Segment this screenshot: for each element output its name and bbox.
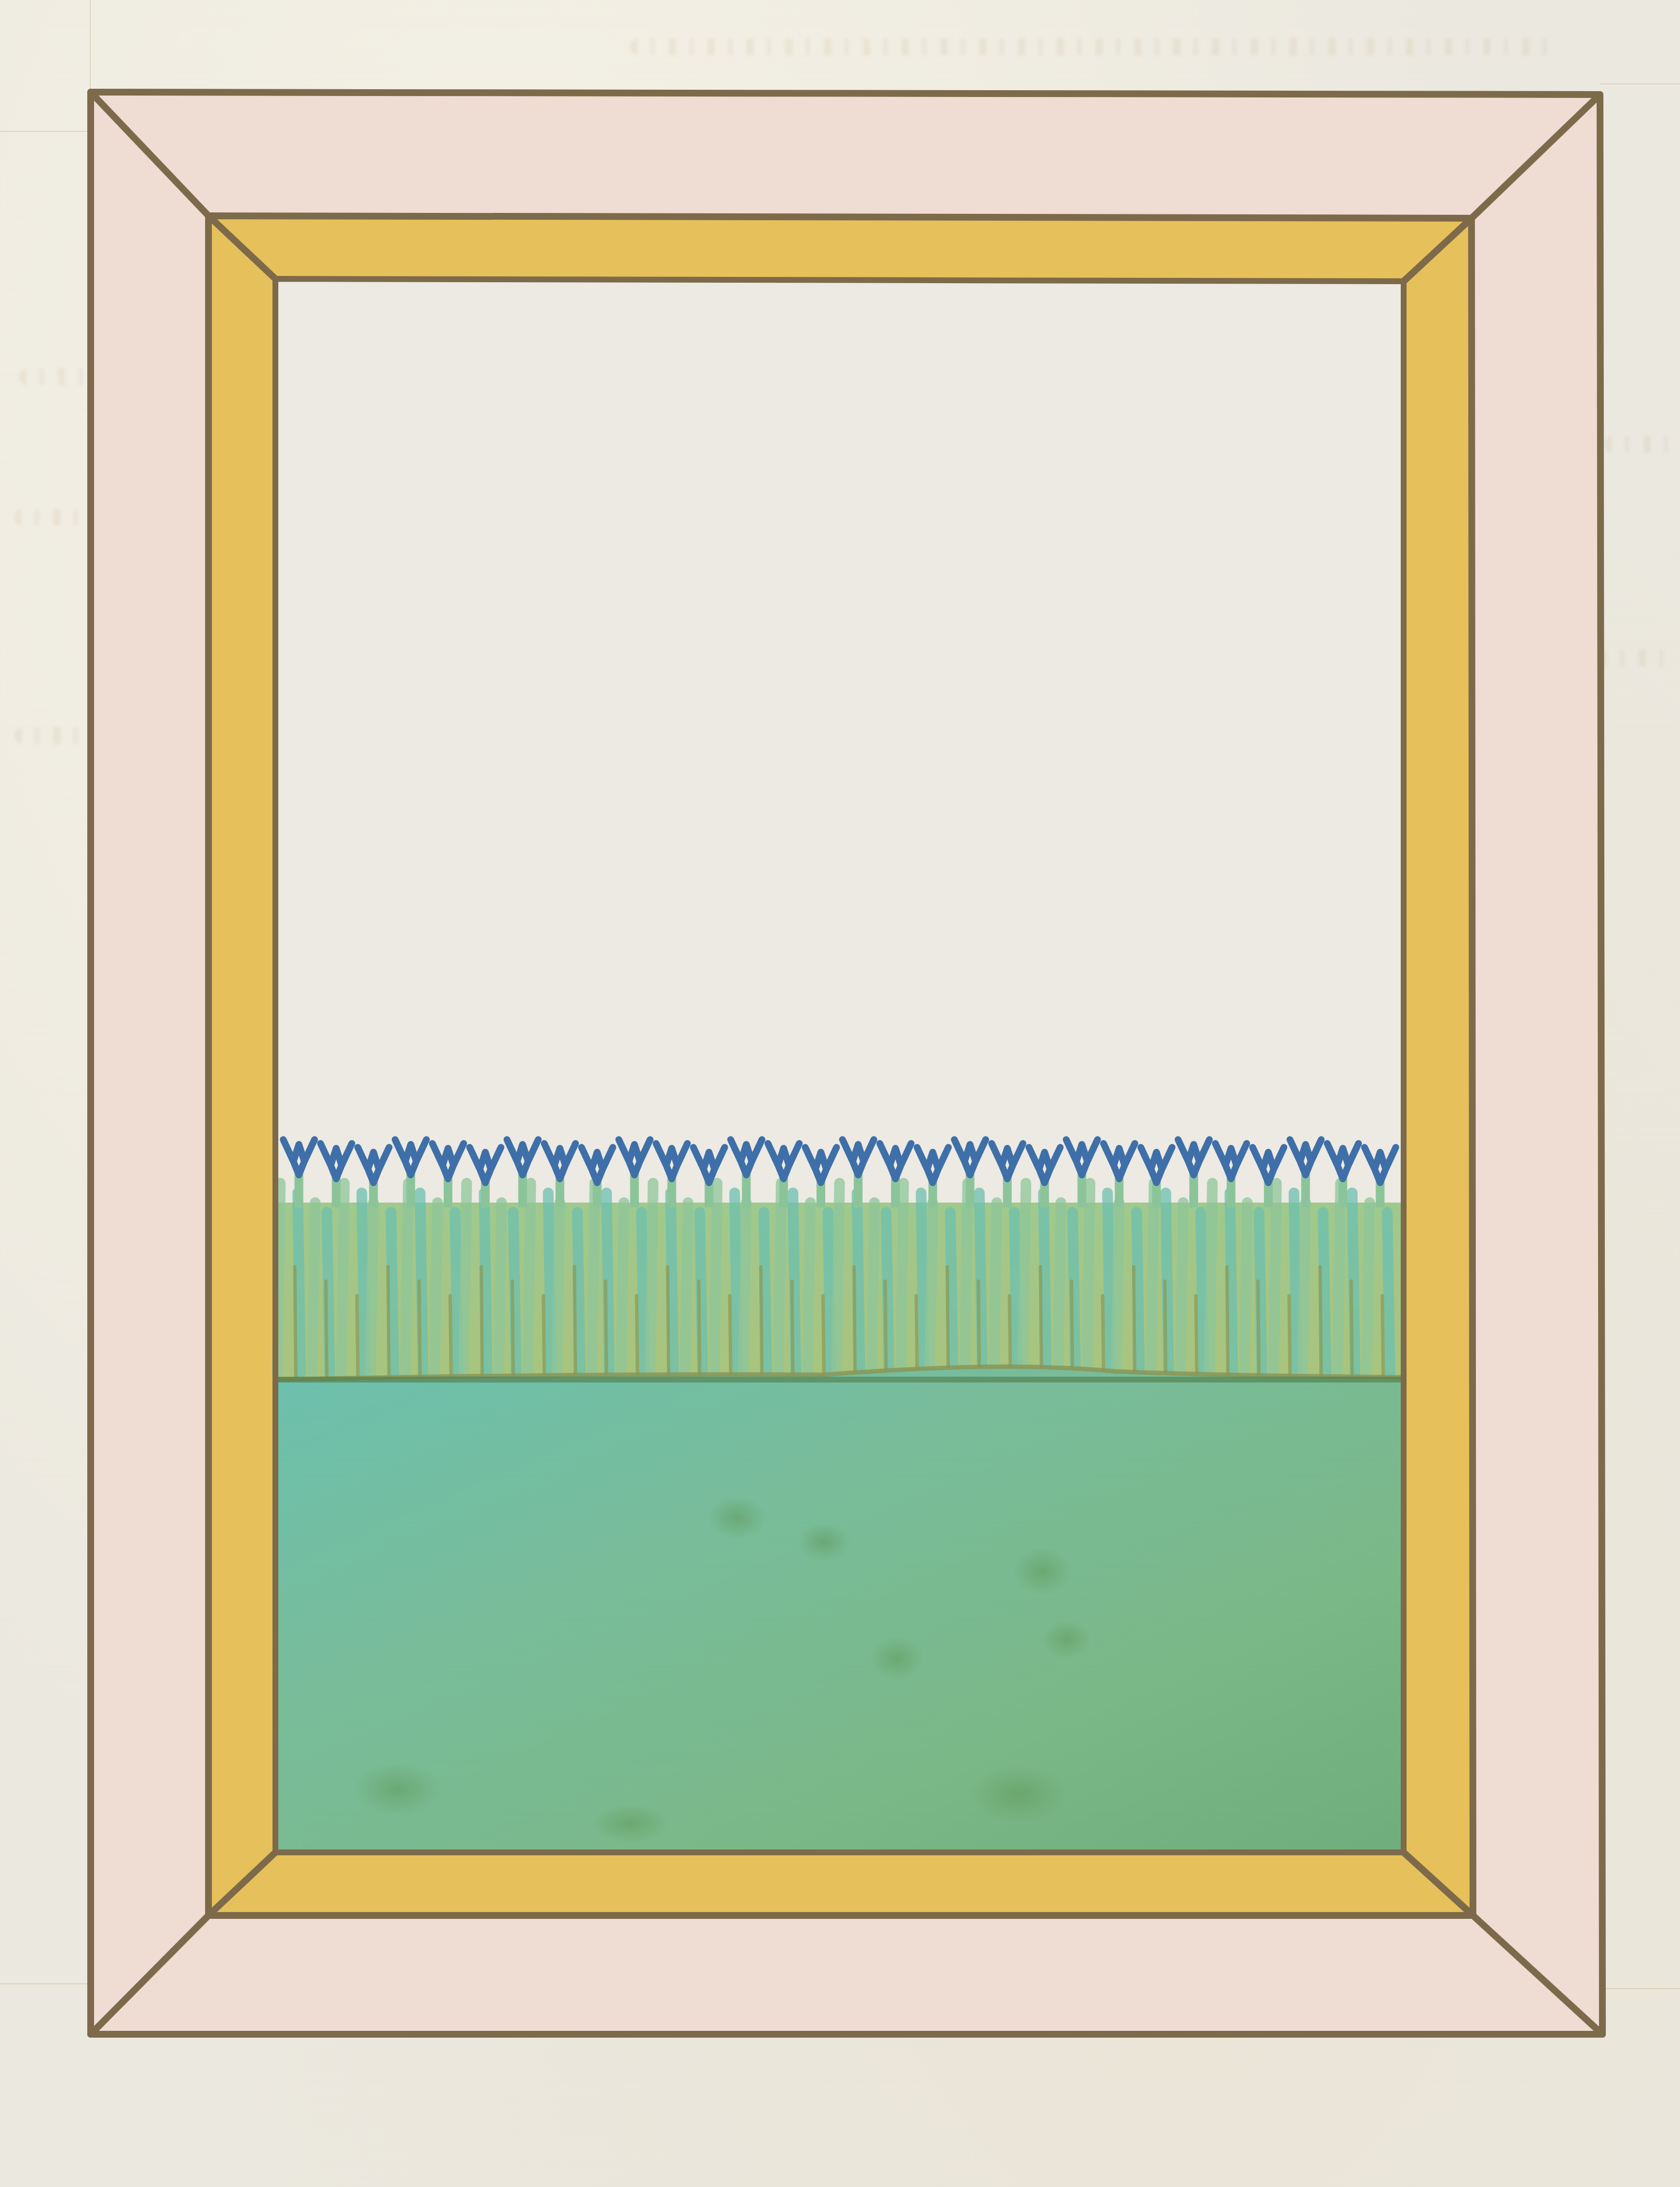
green-pond (275, 1367, 1404, 1852)
framed-illustration (0, 0, 1680, 2187)
grass-band (275, 1183, 1404, 1383)
